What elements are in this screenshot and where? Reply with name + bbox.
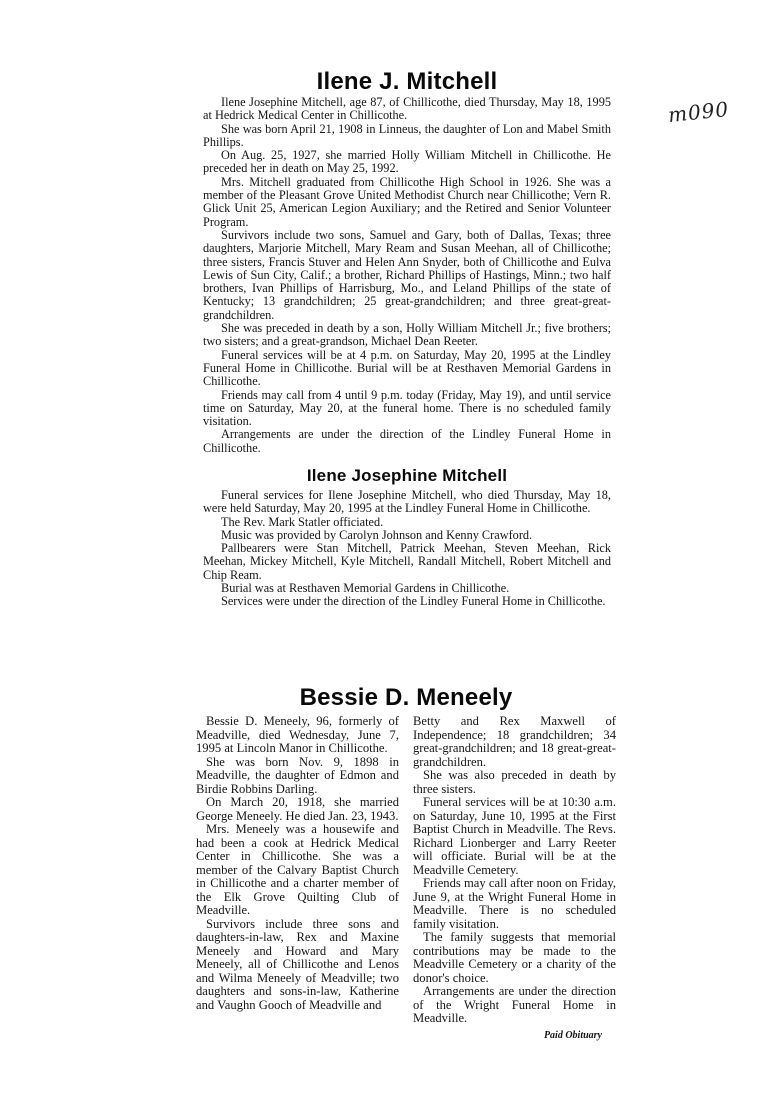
obituary-paragraph: Bessie D. Meneely, 96, formerly of Meadv…: [196, 715, 399, 756]
obituary-paragraph: Funeral services will be at 10:30 a.m. o…: [413, 796, 616, 877]
obituary-column-right: Betty and Rex Maxwell of Independence; 1…: [413, 715, 616, 1041]
obituary-paragraph: She was born Nov. 9, 1898 in Meadville, …: [196, 756, 399, 797]
obituary-paragraph: Mrs. Mitchell graduated from Chillicothe…: [203, 176, 611, 229]
obituary-bessie-d-meneely: Bessie D. Meneely Bessie D. Meneely, 96,…: [196, 683, 616, 1041]
obituary-headline: Ilene Josephine Mitchell: [203, 465, 611, 487]
obituary-paragraph: The family suggests that memorial contri…: [413, 931, 616, 985]
obituary-paragraph: Survivors include two sons, Samuel and G…: [203, 229, 611, 322]
obituary-paragraph: Betty and Rex Maxwell of Independence; 1…: [413, 715, 616, 769]
obituary-paragraph: She was preceded in death by a son, Holl…: [203, 322, 611, 349]
obituary-paragraph: Survivors include three sons and daughte…: [196, 918, 399, 1013]
obituary-headline: Bessie D. Meneely: [196, 683, 616, 713]
obituary-paragraph: Friends may call from 4 until 9 p.m. tod…: [203, 389, 611, 429]
obituary-paragraph: Friends may call after noon on Friday, J…: [413, 877, 616, 931]
obituary-paragraph: She was also preceded in death by three …: [413, 769, 616, 796]
paid-obituary-credit: Paid Obituary: [413, 1030, 616, 1041]
funeral-notice-ilene-josephine-mitchell: Ilene Josephine Mitchell Funeral service…: [203, 465, 611, 609]
obituary-paragraph: She was born April 21, 1908 in Linneus, …: [203, 123, 611, 150]
obituary-columns: Bessie D. Meneely, 96, formerly of Meadv…: [196, 715, 616, 1041]
obituary-paragraph: Pallbearers were Stan Mitchell, Patrick …: [203, 542, 611, 582]
handwritten-note: m090: [667, 97, 730, 127]
obituary-paragraph: Arrangements are under the direction of …: [413, 985, 616, 1026]
obituary-paragraph: Funeral services will be at 4 p.m. on Sa…: [203, 349, 611, 389]
obituary-paragraph: Ilene Josephine Mitchell, age 87, of Chi…: [203, 96, 611, 123]
obituary-paragraph: Mrs. Meneely was a housewife and had bee…: [196, 823, 399, 918]
obituary-paragraph: On Aug. 25, 1927, she married Holly Will…: [203, 149, 611, 176]
obituary-paragraph: Arrangements are under the direction of …: [203, 428, 611, 455]
obituary-paragraph: Music was provided by Carolyn Johnson an…: [203, 529, 611, 542]
obituary-headline: Ilene J. Mitchell: [203, 68, 611, 96]
obituary-column-left: Bessie D. Meneely, 96, formerly of Meadv…: [196, 715, 399, 1041]
obituary-paragraph: Funeral services for Ilene Josephine Mit…: [203, 489, 611, 516]
obituary-ilene-j-mitchell: Ilene J. Mitchell Ilene Josephine Mitche…: [203, 68, 611, 455]
obituary-paragraph: Burial was at Resthaven Memorial Gardens…: [203, 582, 611, 595]
obituary-paragraph: The Rev. Mark Statler officiated.: [203, 516, 611, 529]
obituary-paragraph: Services were under the direction of the…: [203, 595, 611, 608]
obituary-paragraph: On March 20, 1918, she married George Me…: [196, 796, 399, 823]
